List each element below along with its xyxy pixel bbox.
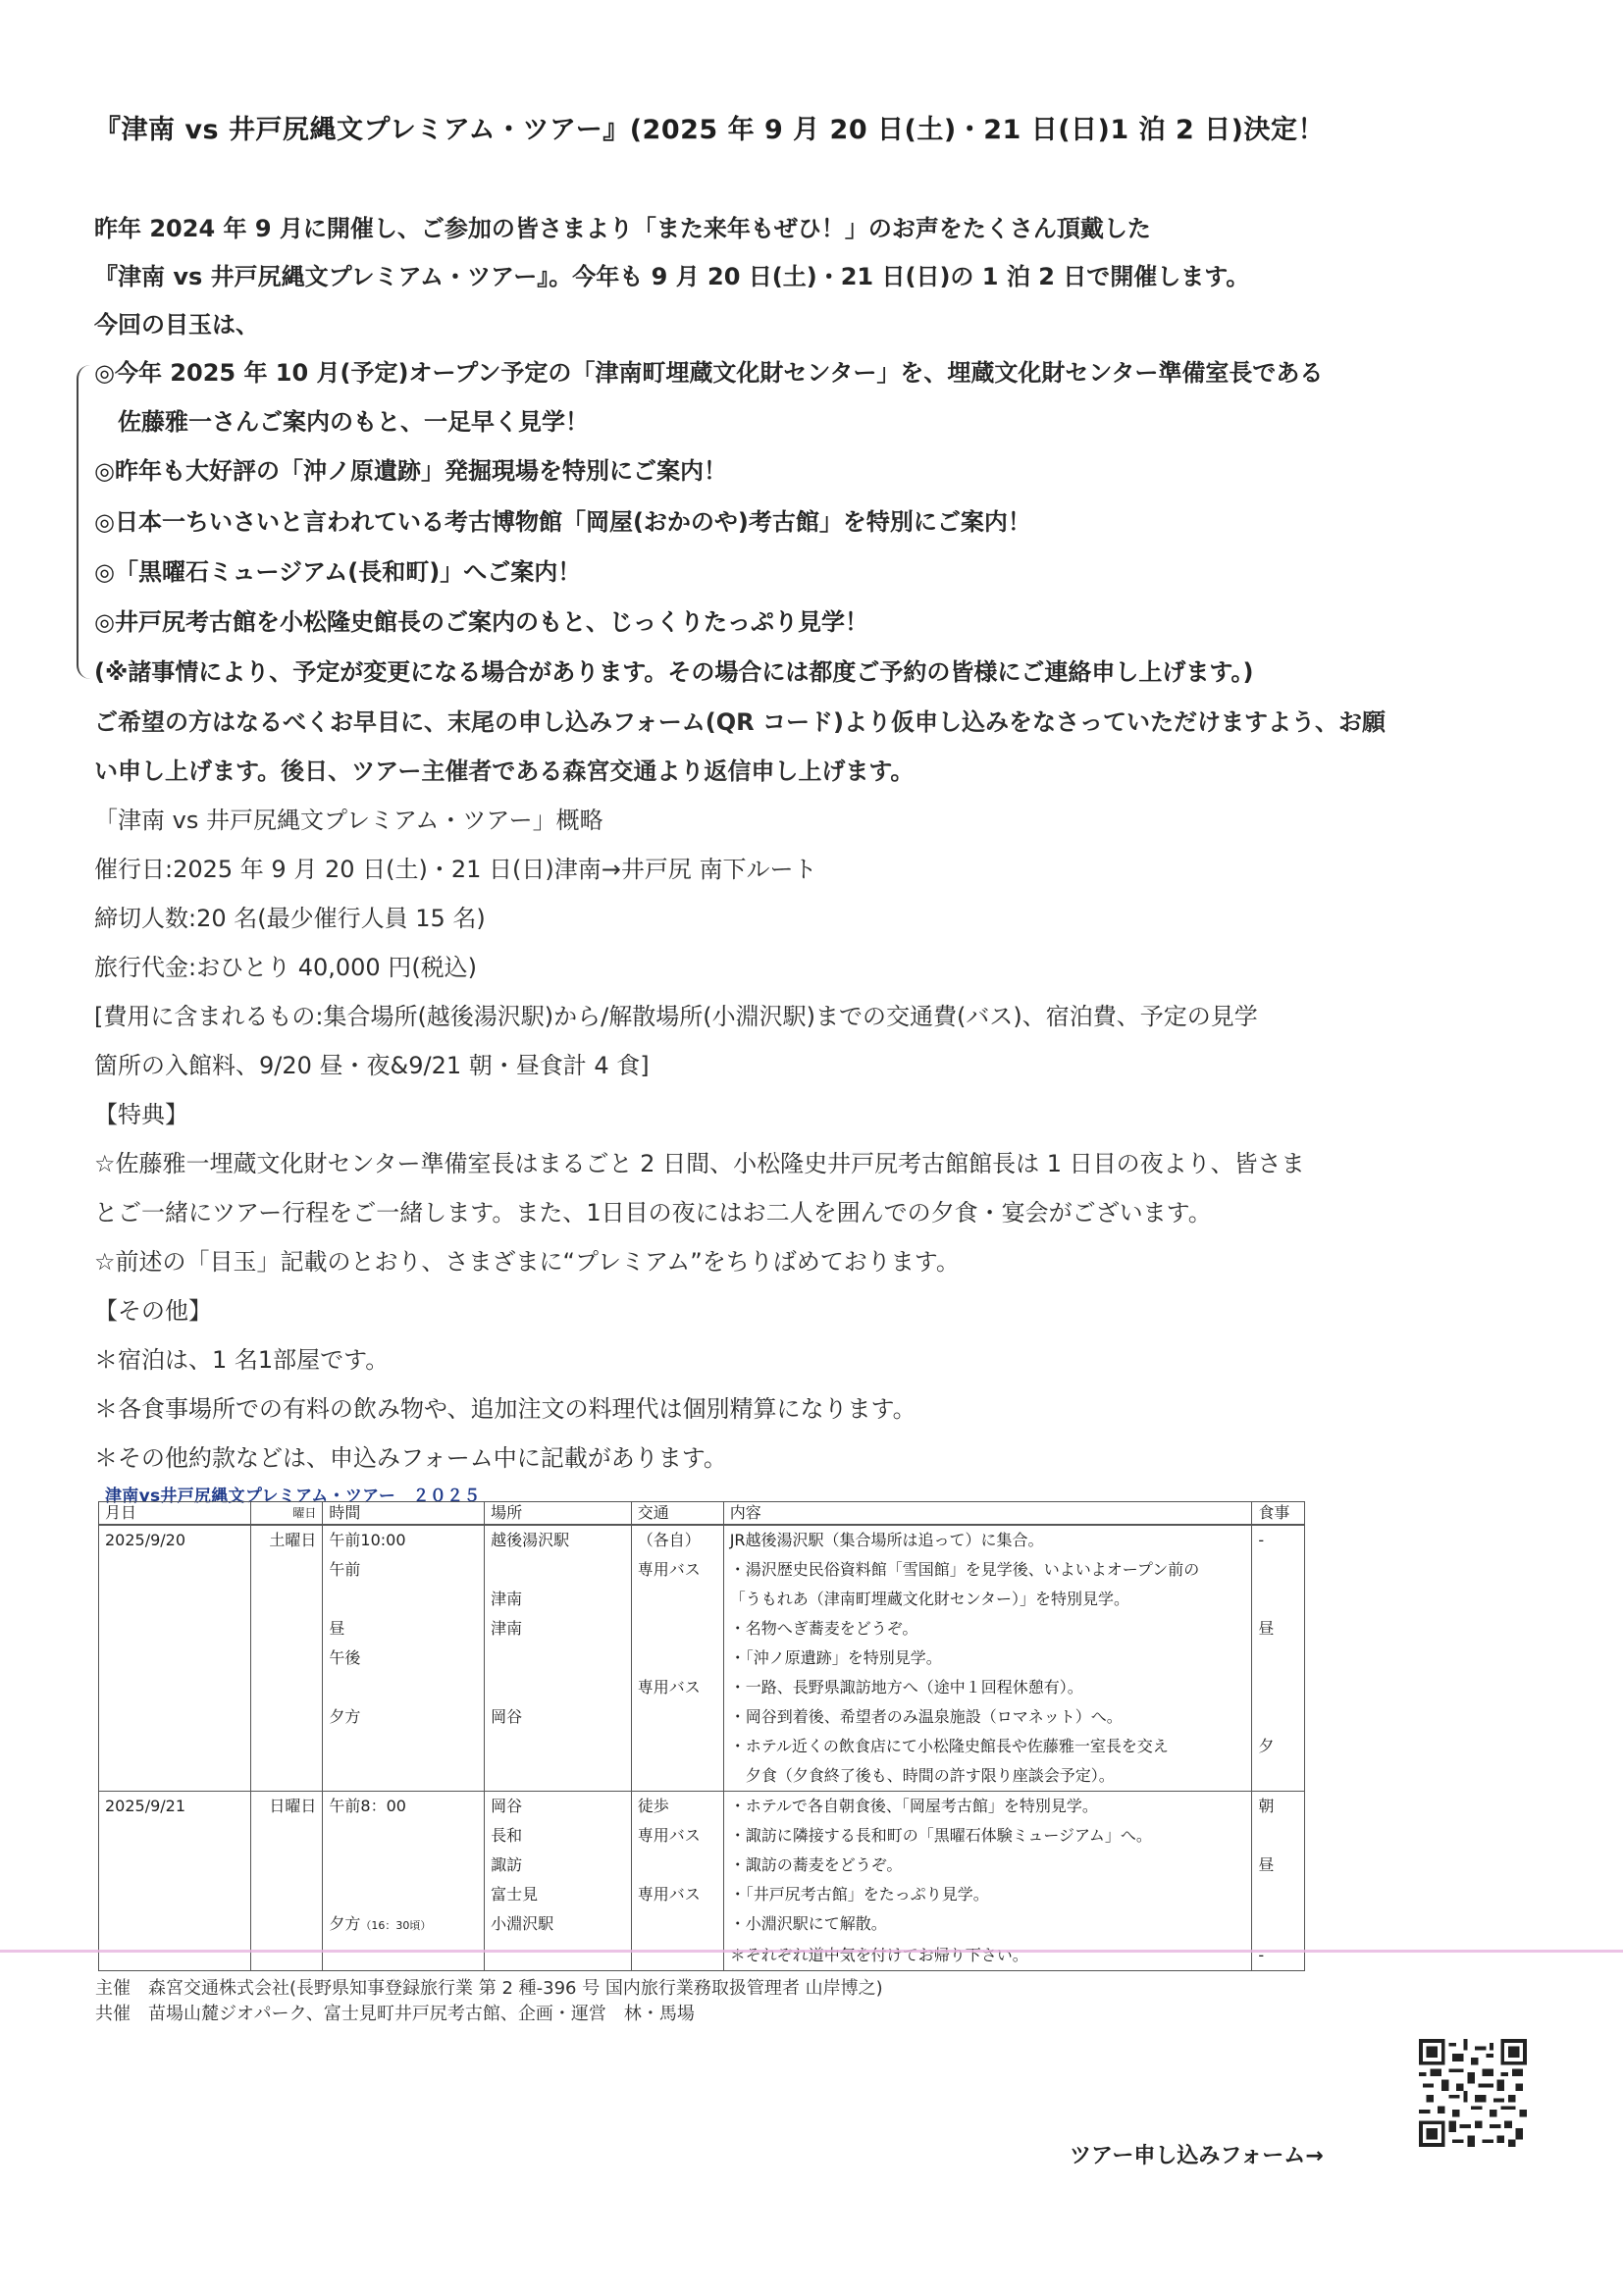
cell-time: 夕方 — [323, 1702, 485, 1732]
cell-date — [99, 1880, 251, 1909]
cell-meal: 朝 — [1252, 1792, 1305, 1822]
table-row: 津南「うもれあ（津南町埋蔵文化財センター）」を特別見学。 — [99, 1585, 1305, 1614]
change-notice: (※諸事情により、予定が変更になる場合があります。その場合には都度ご予約の皆様に… — [94, 652, 1253, 687]
others-3: ＊その他約款などは、申込みフォーム中に記載があります。 — [94, 1438, 727, 1473]
cell-date — [99, 1585, 251, 1614]
cell-meal — [1252, 1585, 1305, 1614]
document-title: 『津南 vs 井戸尻縄文プレミアム・ツアー』(2025 年 9 月 20 日(土… — [94, 108, 1325, 146]
cell-meal — [1252, 1555, 1305, 1585]
cell-weekday — [250, 1614, 323, 1644]
cell-place: 津南 — [485, 1614, 632, 1644]
cell-time: 午前 — [323, 1555, 485, 1585]
header-time: 時間 — [323, 1502, 485, 1526]
cell-content: ・諏訪の蕎麦をどうぞ。 — [723, 1851, 1252, 1880]
cell-weekday — [250, 1732, 323, 1761]
highlights-brace — [77, 365, 94, 679]
cell-weekday — [250, 1673, 323, 1702]
qr-code-icon[interactable] — [1419, 2039, 1527, 2147]
cell-weekday — [250, 1880, 323, 1909]
cell-time — [323, 1732, 485, 1761]
header-transport: 交通 — [631, 1502, 723, 1526]
cell-place — [485, 1761, 632, 1792]
cell-transport — [631, 1702, 723, 1732]
intro-line-3: 今回の目玉は、 — [94, 305, 259, 339]
overview-date: 催行日:2025 年 9 月 20 日(土)・21 日(日)津南→井戸尻 南下ル… — [94, 850, 816, 884]
overview-capacity: 締切人数:20 名(最少催行人員 15 名) — [94, 899, 486, 933]
cell-meal — [1252, 1880, 1305, 1909]
cell-meal: - — [1252, 1525, 1305, 1555]
cell-transport — [631, 1585, 723, 1614]
cell-date — [99, 1732, 251, 1761]
cell-place: 小淵沢駅 — [485, 1909, 632, 1941]
schedule-header-row: 月日 曜日 時間 場所 交通 内容 食事 — [99, 1502, 1305, 1526]
overview-included-2: 箇所の入館料、9/20 昼・夜&9/21 朝・昼食計 4 食] — [94, 1046, 650, 1080]
cell-transport: 専用バス — [631, 1880, 723, 1909]
cell-date — [99, 1941, 251, 1971]
cell-date — [99, 1821, 251, 1851]
cell-transport — [631, 1614, 723, 1644]
cell-date — [99, 1851, 251, 1880]
cell-time — [323, 1821, 485, 1851]
cell-content: ・ホテル近くの飲食店にて小松隆史館長や佐藤雅一室長を交え — [723, 1732, 1252, 1761]
cell-time: 昼 — [323, 1614, 485, 1644]
cell-transport — [631, 1851, 723, 1880]
table-row: 夕方岡谷・岡谷到着後、希望者のみ温泉施設（ロマネット）へ。 — [99, 1702, 1305, 1732]
table-row: 2025/9/21日曜日午前8：00岡谷徒歩・ホテルで各自朝食後、「岡屋考古館」… — [99, 1792, 1305, 1822]
cell-date — [99, 1702, 251, 1732]
cell-place: 富士見 — [485, 1880, 632, 1909]
cell-time — [323, 1673, 485, 1702]
cell-place: 長和 — [485, 1821, 632, 1851]
others-1: ＊宿泊は、1 名1部屋です。 — [94, 1340, 389, 1375]
table-row: 午前専用バス・湯沢歴史民俗資料館「雪国館」を見学後、いよいよオープン前の — [99, 1555, 1305, 1585]
cell-content: 「うもれあ（津南町埋蔵文化財センター）」を特別見学。 — [723, 1585, 1252, 1614]
header-meal: 食事 — [1252, 1502, 1305, 1526]
header-date: 月日 — [99, 1502, 251, 1526]
cell-place — [485, 1673, 632, 1702]
cell-place: 岡谷 — [485, 1702, 632, 1732]
cell-time: 午後 — [323, 1644, 485, 1673]
highlight-3: ◎日本一ちいさいと言われている考古博物館「岡屋(おかのや)考古館」を特別にご案内… — [94, 502, 1031, 537]
cell-content: ・「沖ノ原遺跡」を特別見学。 — [723, 1644, 1252, 1673]
cell-date — [99, 1614, 251, 1644]
cell-time — [323, 1761, 485, 1792]
table-row: 2025/9/20土曜日午前10:00越後湯沢駅（各自）JR越後湯沢駅（集合場所… — [99, 1525, 1305, 1555]
cell-weekday — [250, 1851, 323, 1880]
time-text: 夕方 — [329, 1914, 360, 1933]
cell-time — [323, 1851, 485, 1880]
overview-heading: 「津南 vs 井戸尻縄文プレミアム・ツアー」概略 — [94, 801, 603, 835]
cell-meal — [1252, 1673, 1305, 1702]
cell-meal: 夕 — [1252, 1732, 1305, 1761]
cell-content: ・岡谷到着後、希望者のみ温泉施設（ロマネット）へ。 — [723, 1702, 1252, 1732]
cell-time — [323, 1880, 485, 1909]
cell-content: ・諏訪に隣接する長和町の「黒曜石体験ミュージアム」へ。 — [723, 1821, 1252, 1851]
cell-weekday — [250, 1761, 323, 1792]
table-row: ＊それぞれ道中気を付けてお帰り下さい。- — [99, 1941, 1305, 1971]
cell-time — [323, 1941, 485, 1971]
cell-transport: 専用バス — [631, 1555, 723, 1585]
table-row: 長和専用バス・諏訪に隣接する長和町の「黒曜石体験ミュージアム」へ。 — [99, 1821, 1305, 1851]
cell-weekday — [250, 1555, 323, 1585]
table-row: ・ホテル近くの飲食店にて小松隆史館長や佐藤雅一室長を交え夕 — [99, 1732, 1305, 1761]
cell-content: ・湯沢歴史民俗資料館「雪国館」を見学後、いよいよオープン前の — [723, 1555, 1252, 1585]
cell-place — [485, 1732, 632, 1761]
benefit-1: ☆佐藤雅一埋蔵文化財センター準備室長はまるごと 2 日間、小松隆史井戸尻考古館館… — [94, 1144, 1305, 1178]
cell-weekday — [250, 1644, 323, 1673]
apply-note-1: ご希望の方はなるべくお早目に、末尾の申し込みフォーム(QR コード)より仮申し込… — [94, 703, 1386, 737]
cell-time: 午前8：00 — [323, 1792, 485, 1822]
cell-date — [99, 1909, 251, 1941]
table-row: 富士見専用バス・「井戸尻考古館」をたっぷり見学。 — [99, 1880, 1305, 1909]
cell-weekday — [250, 1702, 323, 1732]
overview-included-1: [費用に含まれるもの:集合場所(越後湯沢駅)から/解散場所(小淵沢駅)までの交通… — [94, 997, 1258, 1031]
cell-meal: 昼 — [1252, 1851, 1305, 1880]
others-2: ＊各食事場所での有料の飲み物や、追加注文の料理代は個別精算になります。 — [94, 1389, 916, 1424]
cell-place: 越後湯沢駅 — [485, 1525, 632, 1555]
apply-note-2: い申し上げます。後日、ツアー主催者である森宮交通より返信申し上げます。 — [94, 752, 914, 786]
table-row: 夕方（16：30頃）小淵沢駅・小淵沢駅にて解散。 — [99, 1909, 1305, 1941]
benefit-1-cont: とご一緒にツアー行程をご一緒します。また、1日目の夜にはお二人を囲んでの夕食・宴… — [94, 1193, 1212, 1227]
cell-transport: （各自） — [631, 1525, 723, 1555]
time-note: （16：30頃） — [360, 1919, 431, 1932]
cell-weekday — [250, 1585, 323, 1614]
highlight-1: ◎今年 2025 年 10 月(予定)オープン予定の「津南町埋蔵文化財センター」… — [94, 353, 1323, 388]
cell-meal — [1252, 1821, 1305, 1851]
cell-place: 岡谷 — [485, 1792, 632, 1822]
cell-meal: - — [1252, 1941, 1305, 1971]
cell-time: 午前10:00 — [323, 1525, 485, 1555]
cell-place: 津南 — [485, 1585, 632, 1614]
others-heading: 【その他】 — [94, 1291, 212, 1326]
cell-transport: 専用バス — [631, 1673, 723, 1702]
cell-meal — [1252, 1702, 1305, 1732]
cell-meal — [1252, 1761, 1305, 1792]
cell-content: JR越後湯沢駅（集合場所は追って）に集合。 — [723, 1525, 1252, 1555]
cell-transport — [631, 1644, 723, 1673]
header-content: 内容 — [723, 1502, 1252, 1526]
table-row: 夕食（夕食終了後も、時間の許す限り座談会予定）。 — [99, 1761, 1305, 1792]
cell-time — [323, 1585, 485, 1614]
scan-artifact-line — [0, 1950, 1623, 1953]
cell-weekday — [250, 1821, 323, 1851]
cell-weekday: 日曜日 — [250, 1792, 323, 1822]
cell-transport: 徒歩 — [631, 1792, 723, 1822]
cell-weekday — [250, 1941, 323, 1971]
cell-meal — [1252, 1644, 1305, 1673]
application-form-label: ツアー申し込みフォーム→ — [1070, 2139, 1324, 2169]
intro-line-2: 『津南 vs 井戸尻縄文プレミアム・ツアー』。今年も 9 月 20 日(土)・2… — [94, 257, 1249, 291]
cell-content: 夕食（夕食終了後も、時間の許す限り座談会予定）。 — [723, 1761, 1252, 1792]
highlight-5: ◎井戸尻考古館を小松隆史館長のご案内のもと、じっくりたっぷり見学！ — [94, 602, 868, 637]
cell-content: ・名物へぎ蕎麦をどうぞ。 — [723, 1614, 1252, 1644]
cell-time: 夕方（16：30頃） — [323, 1909, 485, 1941]
header-weekday: 曜日 — [250, 1502, 323, 1526]
cell-content: ＊それぞれ道中気を付けてお帰り下さい。 — [723, 1941, 1252, 1971]
table-row: 午後・「沖ノ原遺跡」を特別見学。 — [99, 1644, 1305, 1673]
overview-price: 旅行代金:おひとり 40,000 円(税込) — [94, 948, 477, 982]
cell-content: ・ホテルで各自朝食後、「岡屋考古館」を特別見学。 — [723, 1792, 1252, 1822]
cell-transport — [631, 1909, 723, 1941]
cell-content: ・一路、長野県諏訪地方へ（途中１回程休憩有）。 — [723, 1673, 1252, 1702]
schedule-table: 月日 曜日 時間 場所 交通 内容 食事 2025/9/20土曜日午前10:00… — [98, 1501, 1305, 1971]
table-row: 専用バス・一路、長野県諏訪地方へ（途中１回程休憩有）。 — [99, 1673, 1305, 1702]
cell-date — [99, 1555, 251, 1585]
cell-transport — [631, 1732, 723, 1761]
cell-weekday: 土曜日 — [250, 1525, 323, 1555]
table-row: 諏訪・諏訪の蕎麦をどうぞ。昼 — [99, 1851, 1305, 1880]
benefits-heading: 【特典】 — [94, 1095, 188, 1129]
cell-transport: 専用バス — [631, 1821, 723, 1851]
cell-date — [99, 1673, 251, 1702]
cell-transport — [631, 1761, 723, 1792]
cell-transport — [631, 1941, 723, 1971]
cell-meal — [1252, 1909, 1305, 1941]
table-row: 昼津南・名物へぎ蕎麦をどうぞ。昼 — [99, 1614, 1305, 1644]
organizer: 主催 森宮交通株式会社(長野県知事登録旅行業 第 2 種-396 号 国内旅行業… — [95, 1974, 883, 2000]
header-place: 場所 — [485, 1502, 632, 1526]
benefit-2: ☆前述の「目玉」記載のとおり、さまざまに“プレミアム”をちりばめております。 — [94, 1242, 960, 1277]
cell-place — [485, 1555, 632, 1585]
cell-content: ・「井戸尻考古館」をたっぷり見学。 — [723, 1880, 1252, 1909]
cell-content: ・小淵沢駅にて解散。 — [723, 1909, 1252, 1941]
highlight-1-cont: 佐藤雅一さんご案内のもと、一足早く見学！ — [94, 402, 589, 437]
highlight-2: ◎昨年も大好評の「沖ノ原遺跡」発掘現場を特別にご案内！ — [94, 451, 727, 486]
cell-weekday — [250, 1909, 323, 1941]
highlight-4: ◎「黒曜石ミュージアム(長和町)」へご案内！ — [94, 552, 581, 587]
cell-meal: 昼 — [1252, 1614, 1305, 1644]
cosponsor: 共催 苗場山麓ジオパーク、富士見町井戸尻考古館、企画・運営 林・馬場 — [95, 2000, 695, 2025]
cell-date: 2025/9/21 — [99, 1792, 251, 1822]
cell-place — [485, 1644, 632, 1673]
cell-date: 2025/9/20 — [99, 1525, 251, 1555]
cell-place: 諏訪 — [485, 1851, 632, 1880]
cell-date — [99, 1644, 251, 1673]
cell-date — [99, 1761, 251, 1792]
intro-line-1: 昨年 2024 年 9 月に開催し、ご参加の皆さまより「また来年もぜひ！」のお声… — [94, 209, 1151, 243]
cell-place — [485, 1941, 632, 1971]
